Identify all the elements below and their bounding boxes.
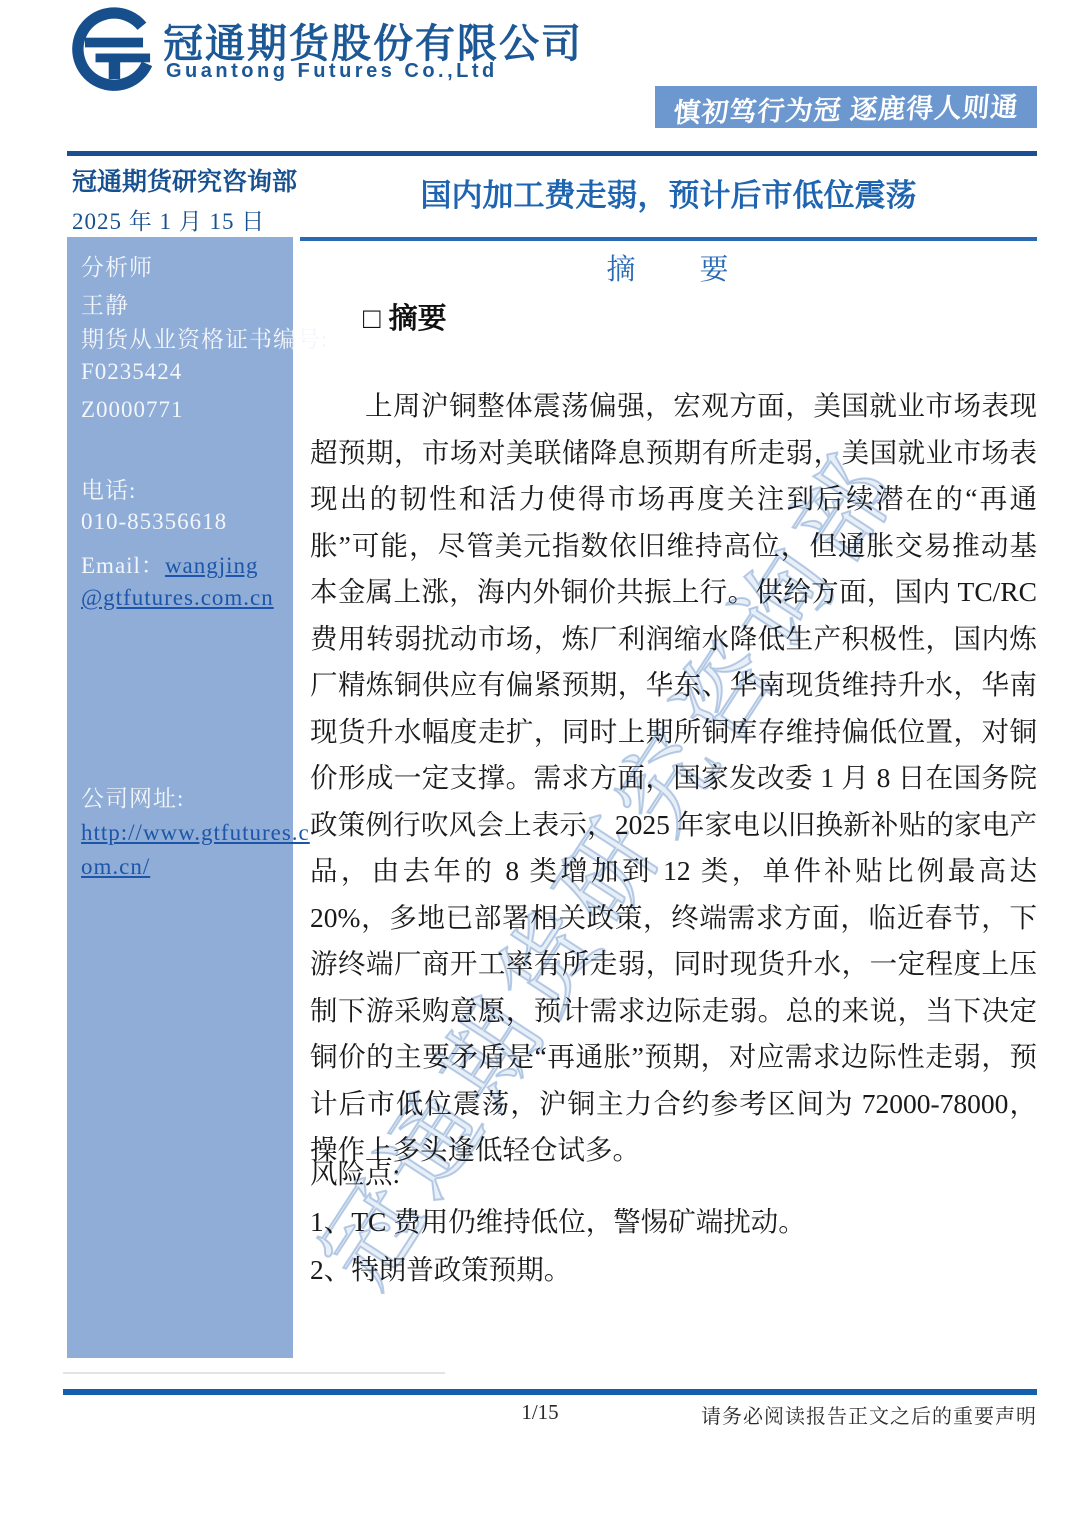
- website-label: 公司网址:: [81, 780, 184, 813]
- phone-number: 010-85356618: [81, 509, 227, 535]
- email-user-link[interactable]: wangjing: [165, 553, 259, 578]
- website-link-2[interactable]: om.cn/: [81, 854, 150, 879]
- website-link-1[interactable]: http://www.gtfutures.c: [81, 820, 310, 845]
- phone-label: 电话:: [81, 472, 136, 505]
- header-divider: [67, 151, 1037, 156]
- cert-label: 期货从业资格证书编号:: [81, 321, 328, 354]
- risk-item-1: 1、TC 费用仍维持低位，警惕矿端扰动。: [310, 1198, 1037, 1246]
- website-line-2: om.cn/: [81, 854, 150, 880]
- guantong-logo-svg: [70, 6, 158, 94]
- report-date: 2025 年 1 月 15 日: [72, 203, 265, 236]
- company-name-en: Guantong Futures Co.,Ltd: [166, 60, 498, 83]
- guantong-logo-icon: [70, 6, 158, 94]
- email-line: Email：wangjing: [81, 547, 259, 580]
- summary-heading-text: 摘要: [389, 303, 447, 335]
- analyst-name: 王静: [81, 287, 129, 320]
- website-line-1: http://www.gtfutures.c: [81, 820, 310, 846]
- risk-title: 风险点:: [310, 1150, 1037, 1198]
- square-bullet-icon: □: [363, 303, 381, 335]
- email-domain-line: @gtfutures.com.cn: [81, 585, 274, 611]
- analyst-sidebar: 分析师 王静 期货从业资格证书编号: F0235424 Z0000771 电话:…: [67, 237, 293, 1358]
- email-label: Email：: [81, 553, 165, 578]
- report-page: 冠通期货研究咨询部 冠通期货股份有限公司 Guantong Futures Co…: [0, 0, 1080, 1527]
- summary-divider: [300, 237, 1037, 241]
- cert-number-2: Z0000771: [81, 397, 184, 423]
- summary-paragraph: 上周沪铜整体震荡偏强，宏观方面，美国就业市场表现超预期，市场对美联储降息预期有所…: [310, 383, 1037, 1174]
- slogan-text: 慎初笃行为冠 逐鹿得人则通: [672, 84, 1021, 129]
- report-title: 国内加工费走弱，预计后市低位震荡: [300, 170, 1037, 215]
- slogan-banner: 慎初笃行为冠 逐鹿得人则通: [655, 86, 1037, 128]
- risk-item-2: 2、特朗普政策预期。: [310, 1246, 1037, 1294]
- footer-divider: [63, 1389, 1037, 1395]
- email-domain-link[interactable]: @gtfutures.com.cn: [81, 585, 274, 610]
- summary-banner-title: 摘 要: [300, 247, 1037, 288]
- cert-number-1: F0235424: [81, 359, 182, 385]
- risk-section: 风险点: 1、TC 费用仍维持低位，警惕矿端扰动。 2、特朗普政策预期。: [310, 1150, 1037, 1294]
- department-name: 冠通期货研究咨询部: [72, 162, 297, 198]
- footer-notice: 请务必阅读报告正文之后的重要声明: [701, 1400, 1037, 1429]
- footer-faint-divider: [63, 1372, 445, 1374]
- summary-heading: □ 摘要: [363, 296, 447, 337]
- analyst-label: 分析师: [81, 249, 153, 282]
